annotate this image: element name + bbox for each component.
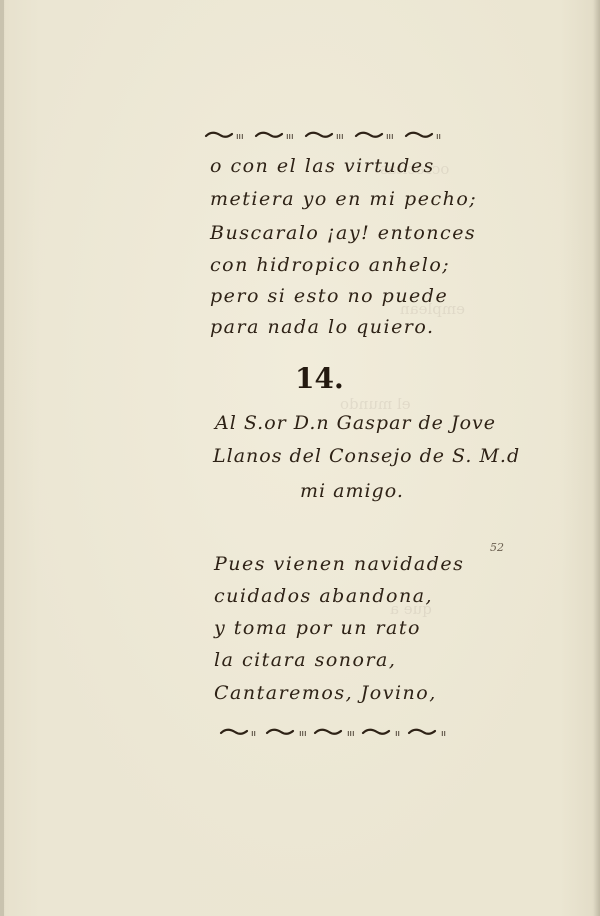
flourish-ornament-icon: ııı ııı ııı ııı ıı bbox=[200, 128, 460, 142]
svg-text:ıı: ıı bbox=[395, 729, 400, 739]
poem-line: metiera yo en mi pecho; bbox=[210, 188, 477, 210]
svg-text:ııı: ııı bbox=[299, 729, 307, 739]
dedication-line: Llanos del Consejo de S. M.d bbox=[213, 445, 520, 467]
flourish-ornament-icon: ıı ııı ııı ıı ıı bbox=[215, 725, 475, 739]
svg-text:ııı: ııı bbox=[336, 132, 344, 142]
poem-line: Buscaralo ¡ay! entonces bbox=[210, 222, 476, 244]
manuscript-page: ocrecitas emplean el mundo que a ııı ııı… bbox=[0, 0, 600, 916]
svg-text:ııı: ııı bbox=[347, 729, 355, 739]
poem-line: Cantaremos, Jovino, bbox=[214, 682, 437, 704]
poem-line: cuidados abandona, bbox=[214, 585, 433, 607]
page-left-edge bbox=[0, 0, 4, 916]
page-right-edge bbox=[594, 0, 600, 916]
section-number: 14. bbox=[295, 362, 344, 395]
svg-text:ııı: ııı bbox=[286, 132, 294, 142]
svg-text:ıı: ıı bbox=[251, 729, 256, 739]
bleed-through-text: el mundo bbox=[340, 395, 411, 413]
svg-text:ıı: ıı bbox=[436, 132, 441, 142]
dedication-line: Al S.or D.n Gaspar de Jove bbox=[215, 412, 496, 434]
poem-line: o con el las virtudes bbox=[210, 155, 435, 177]
poem-line: con hidropico anhelo; bbox=[210, 254, 450, 276]
top-ornament-divider: ııı ııı ııı ııı ıı bbox=[200, 128, 460, 142]
bottom-ornament-divider: ıı ııı ııı ıı ıı bbox=[215, 725, 475, 739]
poem-line: Pues vienen navidades bbox=[214, 553, 464, 575]
poem-line: la citara sonora, bbox=[214, 649, 396, 671]
margin-folio-number: 52 bbox=[490, 541, 504, 554]
svg-text:ııı: ııı bbox=[386, 132, 394, 142]
dedication-line: mi amigo. bbox=[300, 480, 404, 502]
svg-text:ıı: ıı bbox=[441, 729, 446, 739]
poem-line: pero si esto no puede bbox=[210, 285, 448, 307]
poem-line: y toma por un rato bbox=[214, 617, 421, 639]
poem-line: para nada lo quiero. bbox=[210, 316, 435, 338]
svg-text:ııı: ııı bbox=[236, 132, 244, 142]
